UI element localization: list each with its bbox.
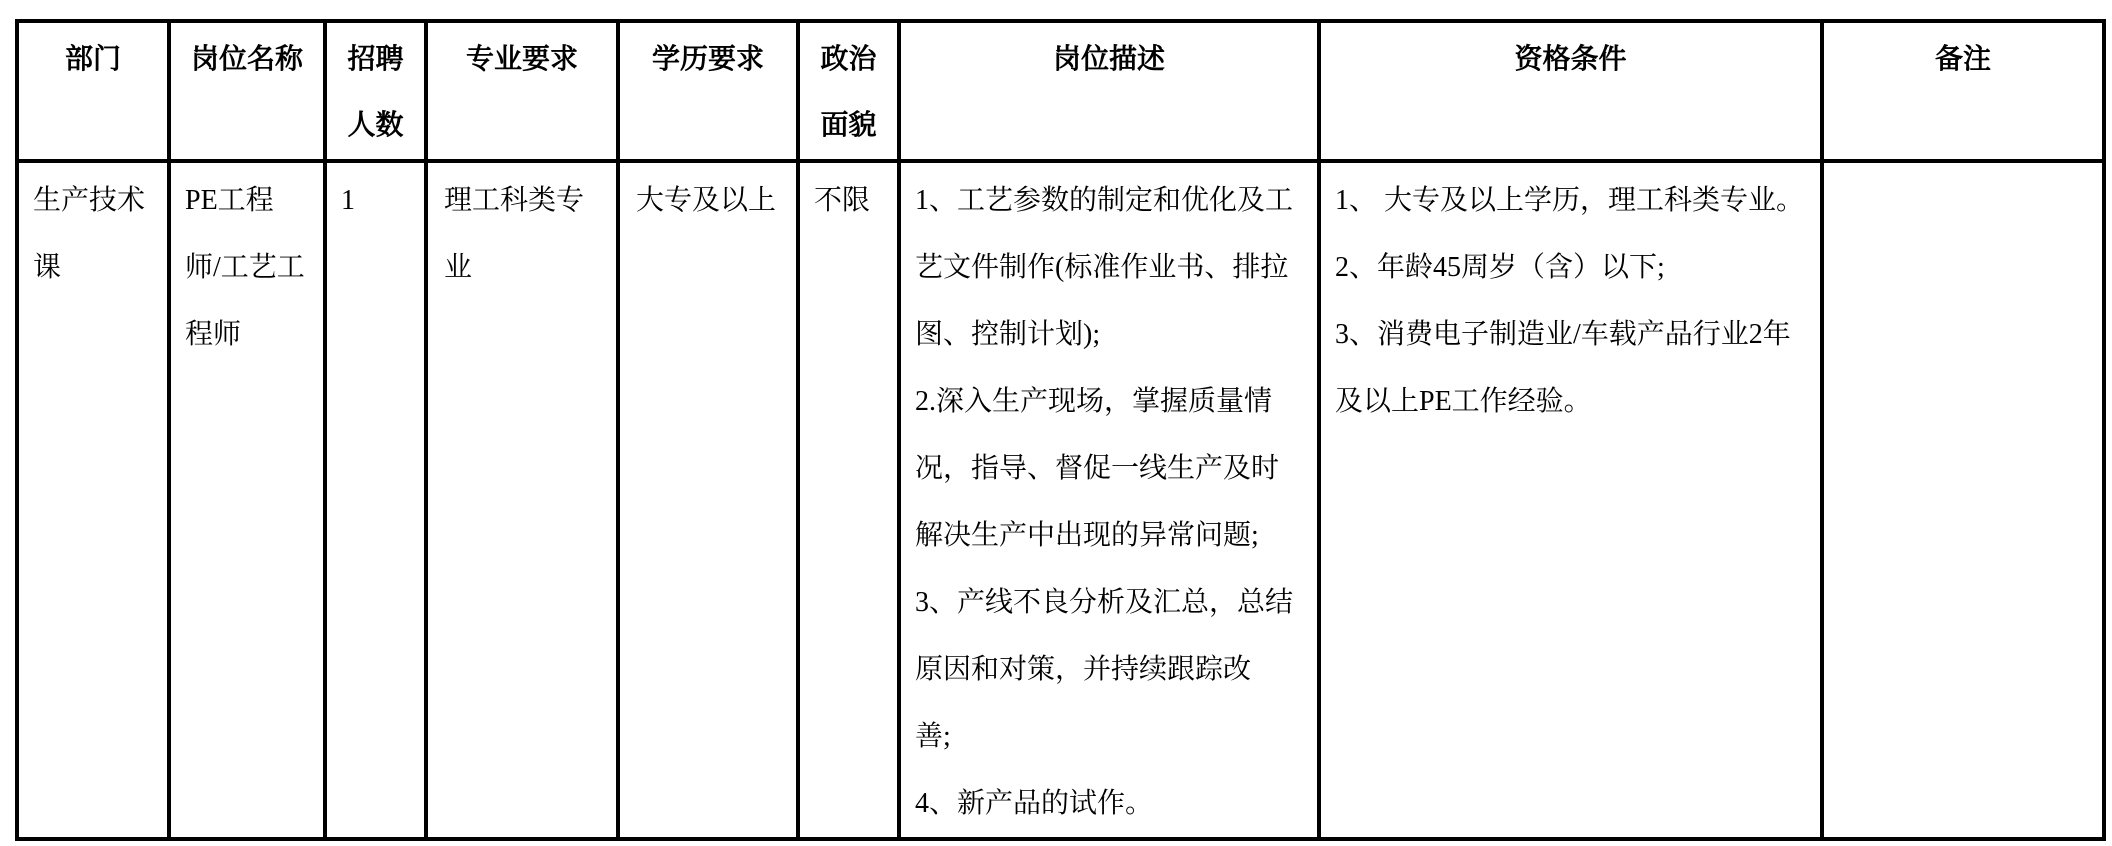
cell-text-line: 生产技术 <box>33 167 153 234</box>
cell-description: 1、工艺参数的制定和优化及工 艺文件制作(标准作业书、排拉 图、控制计划); 2… <box>899 161 1319 839</box>
header-label: 岗位描述 <box>1053 44 1165 75</box>
header-headcount: 招聘 人数 <box>325 21 426 161</box>
cell-text-line: 图、控制计划); <box>915 301 1313 368</box>
cell-text-line: 3、产线不良分析及汇总，总结 <box>915 569 1313 636</box>
header-department: 部门 <box>17 21 169 161</box>
header-label-line: 招聘 <box>327 27 424 93</box>
cell-text-line: 况，指导、督促一线生产及时 <box>915 435 1313 502</box>
cell-text: 大专及以上 <box>636 185 776 216</box>
header-label: 备注 <box>1935 44 1991 75</box>
header-major: 专业要求 <box>426 21 618 161</box>
cell-political: 不限 <box>798 161 899 839</box>
header-label-line: 面貌 <box>800 93 897 159</box>
header-description: 岗位描述 <box>899 21 1319 161</box>
header-label: 专业要求 <box>466 44 578 75</box>
header-education: 学历要求 <box>618 21 798 161</box>
cell-text-line: 3、消费电子制造业/车载产品行业2年 <box>1335 301 1806 368</box>
cell-major: 理工科类专 业 <box>426 161 618 839</box>
header-label: 学历要求 <box>652 44 764 75</box>
table-row: 生产技术 课 PE工程 师/工艺工 程师 1 理工科类专 业 大专及以上 不限 … <box>17 161 2104 839</box>
cell-qualifications: 1、 大专及以上学历，理工科类专业。 2、年龄45周岁（含）以下; 3、消费电子… <box>1319 161 1822 839</box>
cell-text-line: 及以上PE工作经验。 <box>1335 368 1806 435</box>
cell-text-line: 理工科类专 <box>444 167 602 234</box>
header-remarks: 备注 <box>1822 21 2104 161</box>
cell-text-line: 业 <box>444 234 602 301</box>
cell-headcount: 1 <box>325 161 426 839</box>
header-position: 岗位名称 <box>169 21 325 161</box>
cell-text-line: 1、 大专及以上学历，理工科类专业。 <box>1335 167 1806 234</box>
cell-text-line: 艺文件制作(标准作业书、排拉 <box>915 234 1313 301</box>
cell-text: 1 <box>341 185 355 216</box>
header-label: 部门 <box>65 44 121 75</box>
header-label: 资格条件 <box>1514 44 1626 75</box>
cell-text-line: PE工程 <box>185 167 309 234</box>
cell-text: 不限 <box>814 185 870 216</box>
cell-text-line: 解决生产中出现的异常问题; <box>915 502 1313 569</box>
cell-text-line: 课 <box>33 234 153 301</box>
cell-text-line: 2.深入生产现场，掌握质量情 <box>915 368 1313 435</box>
cell-text-line: 原因和对策，并持续跟踪改 <box>915 636 1313 703</box>
header-qualifications: 资格条件 <box>1319 21 1822 161</box>
cell-education: 大专及以上 <box>618 161 798 839</box>
cell-text-line: 2、年龄45周岁（含）以下; <box>1335 234 1806 301</box>
cell-text-line: 师/工艺工 <box>185 234 309 301</box>
cell-remarks <box>1822 161 2104 839</box>
cell-text-line: 4、新产品的试作。 <box>915 770 1313 837</box>
header-label: 岗位名称 <box>191 44 303 75</box>
cell-position: PE工程 师/工艺工 程师 <box>169 161 325 839</box>
header-political: 政治 面貌 <box>798 21 899 161</box>
cell-department: 生产技术 课 <box>17 161 169 839</box>
header-label-line: 人数 <box>327 93 424 159</box>
recruitment-table: 部门 岗位名称 招聘 人数 专业要求 学历要求 政治 面貌 岗位描述 资格条件 … <box>15 19 2106 841</box>
cell-text-line: 程师 <box>185 301 309 368</box>
header-label-line: 政治 <box>800 27 897 93</box>
cell-text-line: 1、工艺参数的制定和优化及工 <box>915 167 1313 234</box>
header-row: 部门 岗位名称 招聘 人数 专业要求 学历要求 政治 面貌 岗位描述 资格条件 … <box>17 21 2104 161</box>
cell-text-line: 善; <box>915 703 1313 770</box>
